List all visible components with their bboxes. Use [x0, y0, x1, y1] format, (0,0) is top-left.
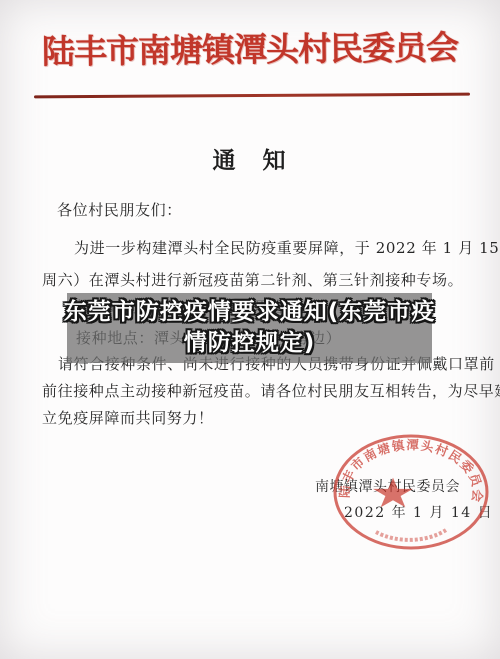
official-red-seal: 陆丰市南塘镇潭头村民委员会: [318, 418, 500, 568]
body-line-salutation: 各位村民朋友们：: [57, 199, 182, 220]
body-line: 立免疫屏障而共同努力！: [42, 407, 214, 428]
notice-title: 通 知: [0, 142, 500, 175]
seal-star-icon: [373, 478, 413, 508]
body-line: 周六）在潭头村进行新冠疫苗第二针剂、第三针剂接种专场。: [42, 269, 463, 290]
letterhead-org-name: 陆丰市南塘镇潭头村民委员会: [0, 21, 500, 73]
document-photo: 陆丰市南塘镇潭头村民委员会 通 知 各位村民朋友们： 为进一步构建潭头村全民防疫…: [0, 0, 500, 659]
body-line: 前往接种点主动接种新冠疫苗。请各位村民朋友互相转告，为尽早建: [42, 380, 500, 401]
caption-line-1: 东莞市防控疫情要求通知(东莞市疫: [64, 297, 436, 328]
seal-ring-text: 陆丰市南塘镇潭头村民委员会: [337, 437, 486, 504]
body-line: 为进一步构建潭头村全民防疫重要屏障，于 2022 年 1 月 15 日（本: [74, 237, 500, 258]
letterhead-divider: [34, 93, 470, 99]
news-caption-overlay: 东莞市防控疫情要求通知(东莞市疫 情防控规定): [67, 293, 432, 363]
caption-line-2: 情防控规定): [184, 328, 316, 359]
seal-bottom-marks-icon: [376, 530, 446, 540]
seal-ring: [335, 436, 487, 548]
